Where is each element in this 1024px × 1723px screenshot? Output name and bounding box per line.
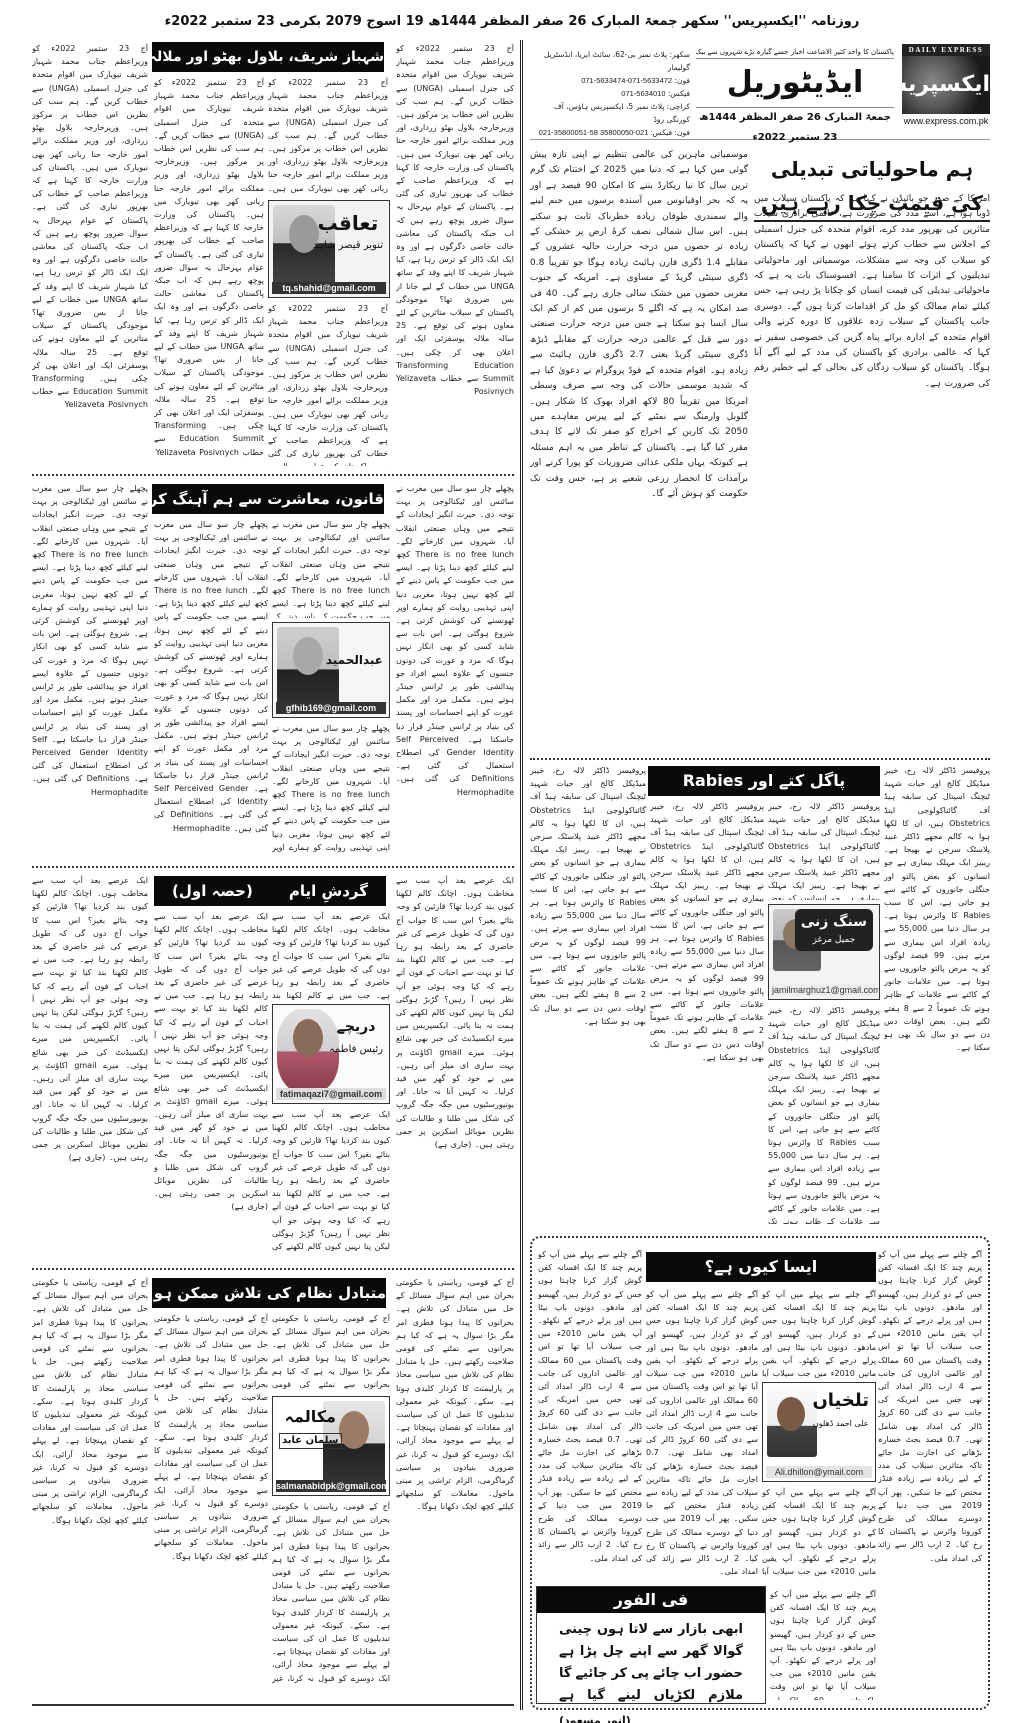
article-body-col3: ایک عرصے بعد آپ سب سے مخاطب ہوں۔ اچانک ک…: [154, 910, 268, 1252]
logo-band-text: DAILY EXPRESS: [902, 44, 990, 56]
author-email[interactable]: jamilmarghuz1@gmail.com: [772, 984, 876, 996]
article-body-col4: آج 23 ستمبر 2022ء کو وزیراعظم جناب محمد …: [32, 42, 148, 462]
author-name: جمیل مرغز: [801, 933, 867, 947]
editorial-body-continued: موسمیاتی ماہرین کی عالمی تنظیم نے اپنی ت…: [530, 148, 748, 752]
issue-date: جمعۃ المبارک 26 صفر المظفر 1444ھ 23 ستمب…: [696, 108, 894, 148]
poem-lines: ابھیبازارسےلاتاہوںچینی گوالاگھرسےاپنےچلپ…: [537, 1613, 765, 1713]
editorial-body: امریکا کے صدر جو بائیڈن نے کہا ہے کہ پاک…: [754, 192, 990, 752]
author-email[interactable]: fatimaqazi7@gmail.com: [276, 1088, 386, 1100]
logo-urdu-wordmark: ایکسپریس: [902, 56, 990, 114]
headline-main: گردشِ ایام: [289, 876, 368, 906]
author-box: سنگ زنی جمیل مرغز jamilmarghuz1@gmail.co…: [768, 904, 880, 1000]
article-headline: شہباز شریف، بلاول بھٹو اور ملالہ یوسفزئی…: [152, 42, 384, 72]
article-taaqub: شہباز شریف، بلاول بھٹو اور ملالہ یوسفزئی…: [32, 40, 514, 470]
author-photo: [767, 1387, 817, 1457]
article-headline: قانون، معاشرت سے ہم آہنگ کریں: [152, 484, 384, 514]
page-bottom-rule: [32, 1704, 514, 1706]
author-name: رئیس فاطمہ: [329, 1043, 383, 1057]
contact-block: سکھر: پلاٹ نمبر بی-62، سائٹ ایریا، انڈسٹ…: [530, 48, 690, 139]
article-body-col2: ایک عرصے بعد آپ سب سے مخاطب ہوں۔ اچانک ک…: [272, 910, 390, 1000]
column-name: تعاقب: [313, 211, 383, 235]
section-divider: [530, 758, 990, 760]
contact-line: سکھر: پلاٹ نمبر بی-62، سائٹ ایریا، انڈسٹ…: [530, 48, 690, 74]
poem-title: فی الفور: [537, 1587, 765, 1613]
author-email[interactable]: tq.shahid@gmail.com: [272, 282, 386, 294]
contact-line: فون: 071-5633474-071-5633472: [530, 74, 690, 87]
aisa-kyun-body-col4: آگے چلنے سے پہلے میں آپ کو پریم چند کا ا…: [538, 1248, 642, 1578]
article-body-col3: آج کے قومی، ریاستی یا حکومتی بحران میں ا…: [154, 1312, 268, 1688]
article-body: ایک عرصے بعد آپ سب سے مخاطب ہوں۔ اچانک ک…: [396, 874, 514, 1254]
author-email[interactable]: salmanabidpk@gmail.com: [276, 1480, 386, 1492]
article-body-col3: پچھلے چار سو سال میں مغرب نے سائنس اور ٹ…: [154, 518, 268, 854]
article-body: آج 23 ستمبر 2022ء کو وزیراعظم جناب محمد …: [396, 42, 514, 462]
article-headline-rabies: پاگل کتے اور Rabies: [648, 766, 880, 796]
article-body-col2: آج کے قومی، ریاستی یا حکومتی بحران میں ا…: [272, 1312, 390, 1392]
contact-line: فیکس: 071-5634010: [530, 87, 690, 100]
author-box: دریچے رئیس فاطمہ fatimaqazi7@gmail.com: [272, 1004, 390, 1104]
right-half: DAILY EXPRESS ایکسپریس www.express.com.p…: [530, 40, 990, 1710]
author-box: عبدالحمید gfhib169@gmail.com: [272, 622, 390, 718]
article-headline: گردشِ ایام (حصہ اول): [154, 876, 386, 906]
article-aisa-kyun-box: ایسا کیوں ہے؟ آگے چلنے سے پہلے میں آپ کو…: [530, 1236, 990, 1710]
article-qanoon: قانون، معاشرت سے ہم آہنگ کریں پچھلے چار …: [32, 480, 514, 860]
article-gardish-ayyam: گردشِ ایام (حصہ اول) ایک عرصے بعد آپ سب …: [32, 872, 514, 1262]
editorial-header: DAILY EXPRESS ایکسپریس www.express.com.p…: [530, 40, 990, 140]
column-name: مکالمہ: [279, 1405, 342, 1429]
author-name: عبدالحمید: [326, 653, 383, 667]
aisa-kyun-body-col6: آگے چلنے سے پہلے میں آپ کو پریم چند کا ا…: [770, 1588, 876, 1700]
article-body-col4: پچھلے چار سو سال میں مغرب نے سائنس اور ٹ…: [32, 482, 148, 854]
article-body: پچھلے چار سو سال میں مغرب نے سائنس اور ٹ…: [396, 482, 514, 854]
newspaper-masthead-line: روزنامہ ''ایکسپریس'' سکھر جمعۃ المبارک 2…: [0, 14, 1024, 29]
article-body-col4: آج کے قومی، ریاستی یا حکومتی بحران میں ا…: [32, 1276, 148, 1688]
article-body-col5: ایک عرصے بعد آپ سب سے مخاطب ہوں۔ اچانک ک…: [272, 1108, 390, 1254]
author-email[interactable]: Ali.dhillon@ymail.com: [766, 1466, 872, 1478]
rabies-body-col3: پروفیسر ڈاکٹر لالہ رخ، خیبر میڈیکل کالج …: [650, 800, 764, 1224]
tagline: پاکستان کا واحد کثیر الاشاعت اخبار جسے گ…: [696, 46, 894, 59]
rabies-body-col4: پروفیسر ڈاکٹر لالہ رخ، خیبر میڈیکل کالج …: [530, 764, 646, 1224]
editorial-nameplate: پاکستان کا واحد کثیر الاشاعت اخبار جسے گ…: [696, 46, 894, 148]
aisa-kyun-body-col2: آگے چلنے سے پہلے میں آپ کو پریم چند کا ا…: [762, 1288, 876, 1378]
article-body-col5: آج کے قومی، ریاستی یا حکومتی بحران میں ا…: [272, 1500, 390, 1688]
poet-name: (انور مسعود): [537, 1713, 765, 1723]
section-divider: [32, 474, 514, 476]
rabies-body: پروفیسر ڈاکٹر لالہ رخ، خیبر میڈیکل کالج …: [884, 764, 990, 1224]
aisa-kyun-body: آگے چلنے سے پہلے میں آپ کو پریم چند کا ا…: [878, 1248, 982, 1704]
section-divider: [32, 866, 514, 868]
author-name: سلمان عابد: [279, 1433, 342, 1449]
article-body-col5: آج 23 ستمبر 2022ء کو وزیراعظم جناب محمد …: [268, 302, 388, 466]
aisa-kyun-body-col5: آگے چلنے سے پہلے میں آپ کو پریم چند کا ا…: [762, 1486, 876, 1578]
article-headline: متبادل نظام کی تلاش ممکن ہو سکے گی؟: [152, 1278, 386, 1308]
author-box: مکالمہ سلمان عابد salmanabidpk@gmail.com: [272, 1396, 390, 1496]
poem-line: ملازملکڑیاںلینےگیاہے: [559, 1685, 743, 1707]
article-body-col3: آج 23 ستمبر 2022ء کو وزیراعظم جناب محمد …: [154, 76, 264, 466]
author-name: تنویر قیصر شاہد: [313, 239, 383, 253]
newspaper-page: شہباز شریف، بلاول بھٹو اور ملالہ یوسفزئی…: [32, 40, 990, 1720]
article-mukalma: متبادل نظام کی تلاش ممکن ہو سکے گی؟ آج ک…: [32, 1274, 514, 1694]
headline-part: (حصہ اول): [172, 876, 253, 906]
article-body-col2: پچھلے چار سو سال میں مغرب نے سائنس اور ٹ…: [272, 518, 390, 618]
author-photo: [277, 627, 339, 711]
express-logo[interactable]: DAILY EXPRESS ایکسپریس www.express.com.p…: [902, 44, 990, 130]
article-body-col4: ایک عرصے بعد آپ سب سے مخاطب ہوں۔ اچانک ک…: [32, 874, 148, 1254]
author-box: تعاقب تنویر قیصر شاہد tq.shahid@gmail.co…: [268, 200, 390, 298]
section-title: ایڈیٹوریل: [696, 59, 894, 108]
author-email[interactable]: gfhib169@gmail.com: [276, 702, 386, 714]
article-body-col2: آج 23 ستمبر 2022ء کو وزیراعظم جناب محمد …: [268, 76, 388, 196]
poem-box-fil-faur: فی الفور ابھیبازارسےلاتاہوںچینی گوالاگھر…: [536, 1586, 766, 1704]
column-name: سنگ زنی: [801, 913, 867, 931]
rabies-body-col5: پروفیسر ڈاکٹر لالہ رخ، خیبر میڈیکل کالج …: [768, 1004, 880, 1224]
article-headline-aisa-kyun: ایسا کیوں ہے؟: [646, 1252, 876, 1282]
poem-line: حضورابچائےپیکرجائیےگا: [559, 1663, 743, 1685]
contact-line: کراچی: پلاٹ نمبر 5، ایکسپریس ہاؤس، آف کو…: [530, 100, 690, 126]
column-divider: [520, 40, 523, 1710]
column-name: تلخیاں: [812, 1389, 869, 1413]
article-body-col5: پچھلے چار سو سال میں مغرب نے سائنس اور ٹ…: [272, 722, 390, 854]
poem-line: ابھیبازارسےلاتاہوںچینی: [559, 1619, 743, 1641]
column-name: دریچے: [329, 1015, 383, 1039]
website-url[interactable]: www.express.com.pk: [902, 114, 990, 128]
section-divider: [32, 1268, 514, 1270]
author-box: تلخیاں علی احمد ڈھلوں Ali.dhillon@ymail.…: [762, 1382, 876, 1482]
rabies-body-col2: پروفیسر ڈاکٹر لالہ رخ، خیبر میڈیکل کالج …: [768, 800, 880, 900]
poem-line: گوالاگھرسےاپنےچلپڑاہے: [559, 1641, 743, 1663]
aisa-kyun-body-col3: آگے چلنے سے پہلے میں آپ کو پریم چند کا ا…: [646, 1288, 758, 1578]
article-body: آج کے قومی، ریاستی یا حکومتی بحران میں ا…: [396, 1276, 514, 1688]
author-name: علی احمد ڈھلوں: [812, 1417, 869, 1431]
contact-line: فون: 021-35800051-58 فیکس: 021-35800050: [530, 126, 690, 139]
left-half: شہباز شریف، بلاول بھٹو اور ملالہ یوسفزئی…: [32, 40, 514, 1710]
